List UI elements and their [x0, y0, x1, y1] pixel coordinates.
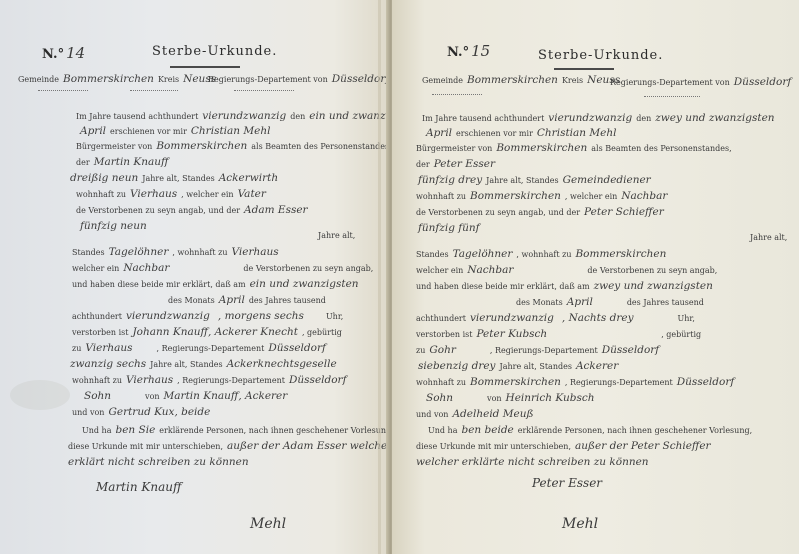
handwritten-text: Vierhaus	[85, 342, 132, 354]
kreis-label: Kreis	[562, 76, 583, 85]
kreis-label: Kreis	[158, 75, 179, 84]
body-line: Und haben Sieerklärende Personen, nach i…	[82, 424, 392, 437]
handwritten-text: Nachbar	[123, 262, 169, 274]
printed-text: , Regierungs-Departement	[177, 376, 285, 385]
handwritten-text: ben Sie	[115, 424, 155, 436]
printed-text: , Regierungs-Departement	[490, 346, 598, 355]
printed-text: diese Urkunde mit mir unterschieben,	[416, 442, 571, 451]
printed-text: Standes	[416, 250, 449, 259]
printed-text: wohnhaft zu	[416, 192, 466, 201]
gemeinde-label: Gemeinde	[422, 76, 463, 85]
printed-text: de	[416, 208, 426, 217]
handwritten-text: Peter Kubsch	[476, 328, 547, 340]
handwritten-text: Heinrich Kubsch	[506, 392, 595, 404]
handwritten-text: Peter Esser	[434, 158, 495, 170]
gemeinde-value: Bommerskirchen	[467, 74, 558, 86]
body-line-right: Jahre alt,	[750, 232, 787, 244]
regierung-value: Düsseldorf	[734, 76, 791, 88]
printed-text: , gebürtig	[302, 328, 342, 337]
printed-text: Jahre alt, Standes	[486, 176, 558, 185]
printed-text: de	[587, 266, 597, 275]
handwritten-text: Sohn	[426, 392, 453, 404]
body-line: Aprilerschienen vor mirChristian Mehl	[422, 127, 620, 140]
body-line: Im Jahre tausend achthundertvierundzwanz…	[422, 112, 779, 125]
printed-text: und haben diese beide mir erklärt, daß a…	[72, 280, 246, 289]
body-line: StandesTagelöhner, wohnhaft zuBommerskir…	[416, 248, 670, 261]
gemeinde-label: Gemeinde	[18, 75, 59, 84]
body-line: zwanzig sechsJahre alt, StandesAckerknec…	[66, 358, 341, 371]
printed-text: de	[243, 264, 253, 273]
printed-text: Uhr,	[678, 314, 695, 323]
handwritten-text: Gemeindediener	[563, 174, 651, 186]
printed-text: wohnhaft zu	[76, 190, 126, 199]
printed-text: den	[290, 112, 305, 121]
body-line: des MonatsAprildes Jahres tausend	[516, 296, 704, 309]
printed-text: achthundert	[72, 312, 122, 321]
body-line: wohnhaft zuBommerskirchen, Regierungs-De…	[416, 376, 738, 389]
body-line: verstorben istJohann Knauff, Ackerer Kne…	[72, 326, 342, 339]
printed-text: zu	[416, 346, 425, 355]
printed-text: des Jahres tausend	[249, 296, 326, 305]
regierung-label: Regierungs-Departement von	[208, 75, 328, 84]
gemeinde-value: Bommerskirchen	[63, 73, 154, 85]
printed-text: zu	[72, 344, 81, 353]
body-line: welcher einNachbarde Verstorbenen zu sey…	[416, 264, 717, 277]
printed-text: welcher ein	[416, 266, 463, 275]
handwritten-text: Gertrud Kux, beide	[108, 406, 210, 418]
handwritten-text: Tagelöhner	[453, 248, 513, 260]
body-line: Aprilerschienen vor mirChristian Mehl	[76, 125, 274, 138]
printed-text: Verstorbenen zu seyn angab, und der	[88, 206, 240, 215]
printed-text: , wohnhaft zu	[516, 250, 571, 259]
printed-text: , wohnhaft zu	[172, 248, 227, 257]
printed-text: Uhr,	[326, 312, 343, 321]
body-line: und vonAdelheid Meuß	[416, 408, 537, 421]
handwritten-text: April	[426, 127, 452, 139]
printed-text: verstorben ist	[416, 330, 472, 339]
printed-text: des Monats	[168, 296, 215, 305]
body-line: fünfzig fünf	[414, 222, 484, 235]
body-line: welcher erklärte nicht schreiben zu könn…	[412, 456, 653, 469]
printed-text: Und ha	[82, 426, 111, 435]
body-line: erklärt nicht schreiben zu können	[64, 456, 253, 469]
body-line: des MonatsAprildes Jahres tausend	[168, 294, 326, 307]
printed-text: Verstorbenen zu seyn angab, und der	[428, 208, 580, 217]
printed-text: und haben diese beide mir erklärt, daß a…	[416, 282, 590, 291]
handwritten-text: Martin Knauff, Ackerer	[164, 390, 288, 402]
body-line: achthundertvierundzwanzig, Nachts dreyUh…	[416, 312, 695, 325]
body-line: fünfzig neun	[76, 220, 346, 233]
printed-text: , Regierungs-Departement	[565, 378, 673, 387]
handwritten-text: siebenzig drey	[418, 360, 496, 372]
body-line: diese Urkunde mit mir unterschieben,auße…	[68, 440, 392, 453]
printed-text: als Beamten des Personenstandes,	[591, 144, 731, 153]
body-line: StandesTagelöhner, wohnhaft zuVierhaus	[72, 246, 283, 259]
printed-text: Jahre alt,	[318, 231, 355, 240]
handwritten-text: zwey und zwanzigsten	[594, 280, 713, 292]
printed-text: diese Urkunde mit mir unterschieben,	[68, 442, 223, 451]
handwritten-text: Düsseldorf	[677, 376, 734, 388]
handwritten-text: Vierhaus	[231, 246, 278, 258]
body-line: verstorben istPeter Kubsch, gebürtig	[416, 328, 701, 341]
body-line: wohnhaft zuBommerskirchen, welcher einNa…	[416, 190, 671, 203]
handwritten-text: Düsseldorf	[602, 344, 659, 356]
printed-text: verstorben ist	[72, 328, 128, 337]
right-page: N.°15 Sterbe-Urkunde. GemeindeBommerskir…	[392, 0, 799, 554]
body-line: zuVierhaus, Regierungs-DepartementDüssel…	[72, 342, 330, 355]
handwritten-text: April	[80, 125, 106, 137]
title-rule	[170, 66, 240, 68]
body-line: Im Jahre tausend achthundertvierundzwanz…	[76, 110, 392, 123]
certificate-title: Sterbe-Urkunde.	[152, 44, 277, 59]
printed-text: erklärende Personen, nach ihnen geschehe…	[518, 426, 752, 435]
header-row: GemeindeBommerskirchenKreisNeuss	[18, 73, 220, 86]
handwritten-text: Ackerknechtsgeselle	[227, 358, 337, 370]
printed-text: Und ha	[428, 426, 457, 435]
body-line: welcher einNachbarde Verstorbenen zu sey…	[72, 262, 373, 275]
printed-text: von	[487, 394, 502, 403]
handwritten-text: Adelheid Meuß	[452, 408, 533, 420]
handwritten-text: , Nachts drey	[562, 312, 634, 324]
handwritten-text: Gohr	[429, 344, 456, 356]
printed-text: erschienen vor mir	[456, 129, 533, 138]
handwritten-text: vierundzwanzig	[470, 312, 554, 324]
printed-text: , gebürtig	[661, 330, 701, 339]
handwritten-text: Bommerskirchen	[470, 190, 561, 202]
handwritten-text: April	[567, 296, 593, 308]
printed-text: wohnhaft zu	[72, 376, 122, 385]
body-line: fünfzig dreyJahre alt, StandesGemeindedi…	[414, 174, 655, 187]
regierung-label: Regierungs-Departement von	[610, 78, 730, 87]
body-line: wohnhaft zuVierhaus, welcher einVater	[76, 188, 270, 201]
dotted-rule	[234, 90, 294, 91]
body-line: derPeter Esser	[416, 158, 499, 171]
handwritten-text: Vater	[238, 188, 266, 200]
handwritten-text: Bommerskirchen	[156, 140, 247, 152]
left-page: N.°14 Sterbe-Urkunde. GemeindeBommerskir…	[0, 0, 392, 554]
handwritten-text: vierundzwanzig	[202, 110, 286, 122]
handwritten-text: fünfzig drey	[418, 174, 482, 186]
printed-text: Standes	[72, 248, 105, 257]
handwritten-text: vierundzwanzig	[548, 112, 632, 124]
handwritten-text: ein und zwanzigsten	[250, 278, 359, 290]
handwritten-text: fünfzig neun	[80, 220, 147, 232]
body-line: SohnvonHeinrich Kubsch	[422, 392, 599, 405]
handwritten-text: Sohn	[84, 390, 111, 402]
handwritten-text: Düsseldorf	[268, 342, 325, 354]
signature-mayor: Mehl	[562, 516, 598, 532]
printed-text: Bürgermeister von	[76, 142, 152, 151]
handwritten-text: fünfzig fünf	[418, 222, 480, 234]
signature-witness: Martin Knauff	[96, 480, 181, 494]
handwritten-text: April	[219, 294, 245, 306]
printed-text: des Jahres tausend	[627, 298, 704, 307]
handwritten-text: Nachbar	[621, 190, 667, 202]
printed-text: Im Jahre tausend achthundert	[76, 112, 198, 121]
dotted-rule	[432, 94, 482, 95]
dotted-rule	[130, 90, 178, 91]
printed-text: wohnhaft zu	[416, 378, 466, 387]
number-value: 15	[471, 42, 490, 60]
printed-text: , welcher ein	[181, 190, 233, 199]
dotted-rule	[38, 90, 88, 91]
body-line: wohnhaft zuVierhaus, Regierungs-Departem…	[72, 374, 350, 387]
printed-text: Jahre alt, Standes	[500, 362, 572, 371]
handwritten-text: Tagelöhner	[109, 246, 169, 258]
printed-text: Verstorbenen zu seyn angab,	[256, 264, 373, 273]
handwritten-text: außer der Peter Schieffer	[575, 440, 711, 452]
handwritten-text: Bommerskirchen	[575, 248, 666, 260]
certificate-number: N.°14	[42, 44, 89, 62]
handwritten-text: welcher erklärte nicht schreiben zu könn…	[416, 456, 649, 468]
handwritten-text: Bommerskirchen	[470, 376, 561, 388]
handwritten-text: , morgens sechs	[218, 310, 304, 322]
page-edge	[378, 0, 381, 554]
body-line: dreißig neunJahre alt, StandesAckerwirth	[66, 172, 282, 185]
regierung-row: Regierungs-Departement vonDüsseldorf	[610, 76, 795, 89]
body-line: de Verstorbenen zu seyn angab, und derAd…	[76, 204, 312, 217]
handwritten-text: Christian Mehl	[191, 125, 271, 137]
handwritten-text: zwey und zwanzigsten	[655, 112, 774, 124]
handwritten-text: Adam Esser	[244, 204, 308, 216]
handwritten-text: Nachbar	[467, 264, 513, 276]
handwritten-text: Christian Mehl	[537, 127, 617, 139]
dotted-rule	[644, 96, 700, 97]
body-line: Und haben beideerklärende Personen, nach…	[428, 424, 752, 437]
handwritten-text: Ackerer	[576, 360, 618, 372]
handwritten-text: außer der Adam Esser welcher	[227, 440, 392, 452]
printed-text: Bürgermeister von	[416, 144, 492, 153]
printed-text: Verstorbenen zu seyn angab,	[600, 266, 717, 275]
certificate-title: Sterbe-Urkunde.	[538, 48, 663, 63]
printed-text: Im Jahre tausend achthundert	[422, 114, 544, 123]
printed-text: de	[76, 206, 86, 215]
printed-text: des Monats	[516, 298, 563, 307]
printed-text: Jahre alt, Standes	[142, 174, 214, 183]
handwritten-text: dreißig neun	[70, 172, 138, 184]
handwritten-text: zwanzig sechs	[70, 358, 146, 370]
printed-text: Jahre alt, Standes	[150, 360, 222, 369]
printed-text: der	[416, 160, 430, 169]
handwritten-text: ben beide	[461, 424, 513, 436]
printed-text: und von	[416, 410, 448, 419]
number-value: 14	[66, 44, 85, 62]
paper-stain	[10, 380, 70, 410]
handwritten-text: Ackerwirth	[219, 172, 278, 184]
printed-text: , Regierungs-Departement	[157, 344, 265, 353]
body-line: siebenzig dreyJahre alt, StandesAckerer	[414, 360, 622, 373]
handwritten-text: Peter Schieffer	[584, 206, 664, 218]
handwritten-text: Bommerskirchen	[496, 142, 587, 154]
number-label: N.°	[42, 47, 64, 62]
certificate-number: N.°15	[447, 42, 494, 60]
document-spread: N.°14 Sterbe-Urkunde. GemeindeBommerskir…	[0, 0, 799, 554]
printed-text: von	[145, 392, 160, 401]
handwritten-text: Johann Knauff, Ackerer Knecht	[132, 326, 297, 338]
printed-text: als Beamten des Personenstandes,	[251, 142, 391, 151]
handwritten-text: Düsseldorf	[289, 374, 346, 386]
printed-text: achthundert	[416, 314, 466, 323]
handwritten-text: Vierhaus	[130, 188, 177, 200]
printed-text: und von	[72, 408, 104, 417]
handwritten-text: erklärt nicht schreiben zu können	[68, 456, 249, 468]
printed-text: welcher ein	[72, 264, 119, 273]
body-line: SohnvonMartin Knauff, Ackerer	[80, 390, 291, 403]
signature-mayor: Mehl	[250, 516, 286, 532]
handwritten-text: vierundzwanzig	[126, 310, 210, 322]
printed-text: , welcher ein	[565, 192, 617, 201]
signature-witness: Peter Esser	[532, 476, 602, 490]
body-line: zuGohr, Regierungs-DepartementDüsseldorf	[416, 344, 663, 357]
body-line: de Verstorbenen zu seyn angab, und derPe…	[416, 206, 668, 219]
printed-text: Jahre alt,	[750, 233, 787, 242]
title-rule	[554, 68, 614, 70]
regierung-row: Regierungs-Departement vonDüsseldorf	[208, 73, 392, 86]
printed-text: der	[76, 158, 90, 167]
body-line: und haben diese beide mir erklärt, daß a…	[72, 278, 363, 291]
body-line: diese Urkunde mit mir unterschieben,auße…	[416, 440, 715, 453]
handwritten-text: Vierhaus	[126, 374, 173, 386]
body-line: Bürgermeister vonBommerskirchenals Beamt…	[76, 140, 392, 153]
body-line: derMartin Knauff	[76, 156, 172, 169]
body-line: und vonGertrud Kux, beide	[72, 406, 214, 419]
number-label: N.°	[447, 45, 469, 60]
body-line-right: Jahre alt,	[318, 230, 355, 242]
header-row: GemeindeBommerskirchenKreisNeuss	[422, 74, 624, 87]
body-line: und haben diese beide mir erklärt, daß a…	[416, 280, 717, 293]
printed-text: den	[636, 114, 651, 123]
handwritten-text: Martin Knauff	[94, 156, 169, 168]
printed-text: erschienen vor mir	[110, 127, 187, 136]
body-line: achthundertvierundzwanzig, morgens sechs…	[72, 310, 343, 323]
body-line: Bürgermeister vonBommerskirchenals Beamt…	[416, 142, 732, 155]
printed-text: erklärende Personen, nach ihnen geschehe…	[159, 426, 392, 435]
